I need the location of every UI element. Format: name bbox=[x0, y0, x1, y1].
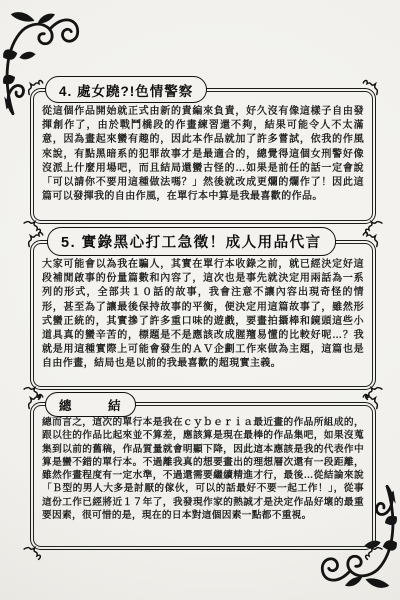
section-5-title: 5. 實錄黑心打工急徵！成人用品代言 bbox=[61, 231, 322, 252]
summary-title: 總 結 bbox=[59, 396, 133, 414]
section-5-body-text: 大家可能會以為我在騙人，其實在單行本收錄之前，就已經決定好這段補閒啟事的份量篇數… bbox=[31, 241, 375, 372]
section-5-title-badge: 5. 實錄黑心打工急徵！成人用品代言 bbox=[47, 227, 336, 256]
section-4-title-badge: 4. 處女蹺?!色情警察 bbox=[45, 76, 207, 103]
summary-body-text: 總而言之，這次的單行本是我在ｃｙｂｅｒｉａ最近畫的作品所組成的，跟以往的作品比起… bbox=[31, 403, 375, 522]
scanned-page: 4. 處女蹺?!色情警察 從這個作品開始就正式由新的責編來負責，好久沒有像這樣子… bbox=[0, 0, 400, 600]
summary-title-badge: 總 結 bbox=[45, 392, 136, 417]
section-4-box: 4. 處女蹺?!色情警察 從這個作品開始就正式由新的責編來負責，好久沒有像這樣子… bbox=[30, 88, 376, 224]
summary-box: 總 結 總而言之，這次的單行本是我在ｃｙｂｅｒｉａ最近畫的作品所組成的，跟以往的… bbox=[30, 402, 376, 550]
knot-squiggle-icon bbox=[21, 540, 46, 564]
section-4-body-text: 從這個作品開始就正式由新的責編來負責，好久沒有像這樣子自由發揮創作了，由於戰鬥橋… bbox=[31, 89, 375, 204]
section-4-title: 4. 處女蹺?!色情警察 bbox=[59, 80, 193, 100]
section-5-box: 5. 實錄黑心打工急徵！成人用品代言 大家可能會以為我在騙人，其實在單行本收錄之… bbox=[30, 240, 376, 390]
